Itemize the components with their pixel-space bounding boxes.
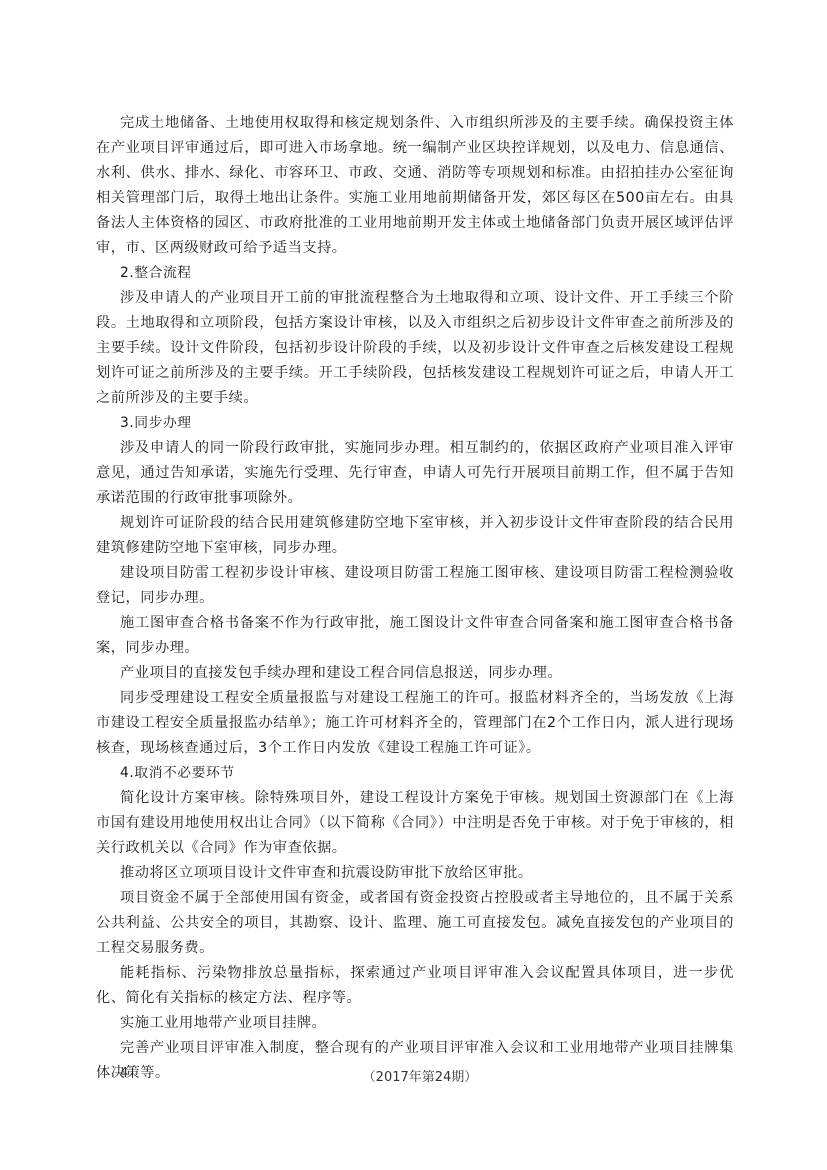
paragraph: 推动将区立项项目设计文件审查和抗震设防审批下放给区审批。 (96, 861, 734, 886)
paragraph: 涉及申请人的产业项目开工前的审批流程整合为土地取得和立项、设计文件、开工手续三个… (96, 286, 734, 411)
paragraph: 简化设计方案审核。除特殊项目外，建设工程设计方案免于审核。规划国土资源部门在《上… (96, 786, 734, 861)
section-heading: 2.整合流程 (96, 261, 734, 286)
document-body: 完成土地储备、土地使用权取得和核定规划条件、入市组织所涉及的主要手续。确保投资主… (96, 111, 734, 1086)
paragraph: 完成土地储备、土地使用权取得和核定规划条件、入市组织所涉及的主要手续。确保投资主… (96, 111, 734, 261)
paragraph: 项目资金不属于全部使用国有资金，或者国有资金投资占控股或者主导地位的，且不属于关… (96, 886, 734, 961)
paragraph: 施工图审查合格书备案不作为行政审批，施工图设计文件审查合同备案和施工图审查合格书… (96, 611, 734, 661)
paragraph: 同步受理建设工程安全质量报监与对建设工程施工的许可。报监材料齐全的，当场发放《上… (96, 686, 734, 761)
paragraph: 建设项目防雷工程初步设计审核、建设项目防雷工程施工图审核、建设项目防雷工程检测验… (96, 561, 734, 611)
paragraph: 规划许可证阶段的结合民用建筑修建防空地下室审核，并入初步设计文件审查阶段的结合民… (96, 511, 734, 561)
paragraph: 涉及申请人的同一阶段行政审批，实施同步办理。相互制约的，依据区政府产业项目准入评… (96, 436, 734, 511)
issue-label: （2017年第24期） (300, 1066, 540, 1085)
paragraph: 实施工业用地带产业项目挂牌。 (96, 1011, 734, 1036)
paragraph: 产业项目的直接发包手续办理和建设工程合同信息报送，同步办理。 (96, 661, 734, 686)
paragraph: 能耗指标、污染物排放总量指标，探索通过产业项目评审准入会议配置具体项目，进一步优… (96, 961, 734, 1011)
section-heading: 3.同步办理 (96, 411, 734, 436)
page-number: 4 (120, 1066, 128, 1081)
page-footer: 4 （2017年第24期） (0, 1066, 827, 1086)
section-heading: 4.取消不必要环节 (96, 761, 734, 786)
